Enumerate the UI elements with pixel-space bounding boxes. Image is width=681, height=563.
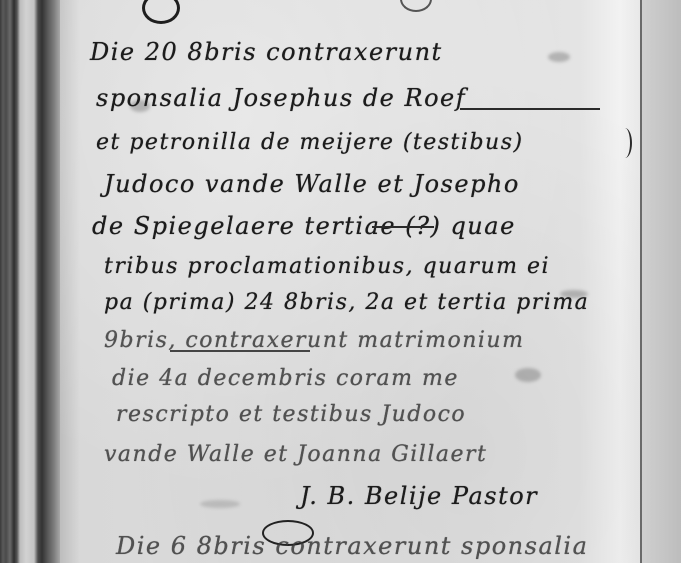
- entry-line-3: et petronilla de meijere (testibus): [96, 132, 524, 154]
- entry-line-7: pa (prima) 24 8bris, 2a et tertia prima: [104, 292, 589, 314]
- entry-line-10: rescripto et testibus Judoco: [116, 404, 466, 426]
- entry-line-5: de Spiegelaere tertiae (?) quae: [92, 214, 516, 238]
- ink-stain: [200, 500, 240, 508]
- entry-2-line-1: Die 6 8bris contraxerunt sponsalia: [116, 534, 588, 558]
- entry-line-1: Die 20 8bris contraxerunt: [90, 40, 443, 64]
- entry-line-11: vande Walle et Joanna Gillaert: [104, 444, 487, 466]
- entry-line-4: Judoco vande Walle et Josepho: [104, 172, 520, 196]
- entry-line-8: 9bris, contraxerunt matrimonium: [104, 330, 524, 352]
- bracket-mark: [618, 128, 632, 158]
- facing-page-edge: [642, 0, 681, 563]
- ink-stain: [548, 52, 570, 62]
- entry-line-6: tribus proclamationibus, quarum ei: [104, 256, 550, 278]
- register-scan: Die 20 8bris contraxerunt sponsalia Jose…: [0, 0, 681, 563]
- entry-line-2: sponsalia Josephus de Roef: [96, 86, 466, 110]
- strike-stroke: [372, 226, 434, 228]
- pastor-signature: J. B. Belije Pastor: [300, 484, 538, 508]
- entry-line-9: die 4a decembris coram me: [112, 368, 459, 390]
- ink-stain: [515, 368, 541, 382]
- underline-stroke: [460, 108, 600, 110]
- book-binding: [0, 0, 68, 563]
- underline-stroke: [170, 350, 310, 352]
